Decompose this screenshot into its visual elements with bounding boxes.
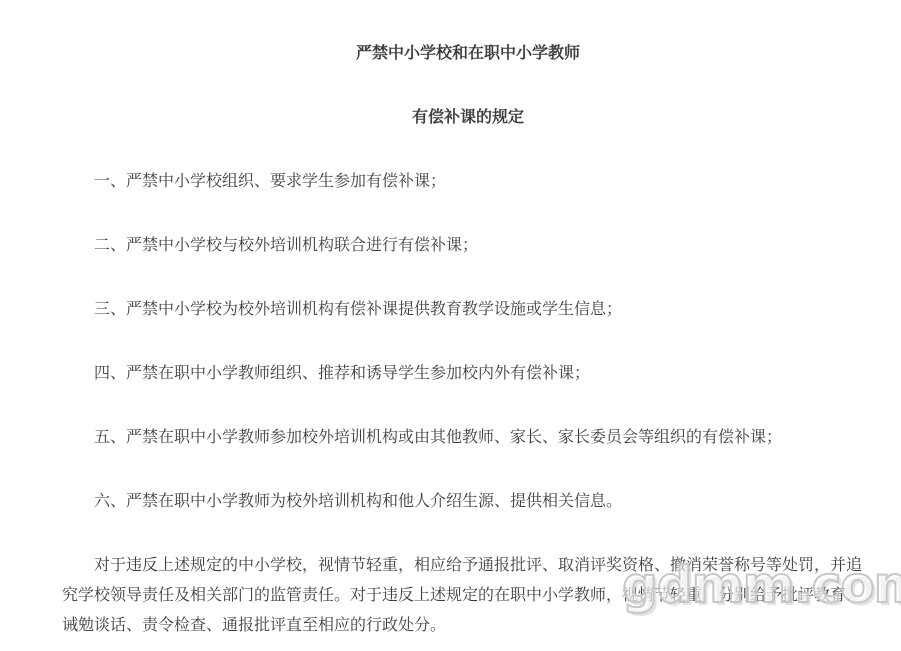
document-title-line2: 有偿补课的规定 <box>62 103 874 133</box>
regulation-item-2: 二、严禁中小学校与校外培训机构联合进行有偿补课； <box>62 231 874 261</box>
closing-paragraph: 对于违反上述规定的中小学校，视情节轻重，相应给予通报批评、取消评奖资格、撤消荣誉… <box>62 551 874 641</box>
document-title-line1: 严禁中小学校和在职中小学教师 <box>62 39 874 69</box>
regulation-item-6: 六、严禁在职中小学教师为校外培训机构和他人介绍生源、提供相关信息。 <box>62 487 874 517</box>
regulation-item-1: 一、严禁中小学校组织、要求学生参加有偿补课； <box>62 167 874 197</box>
regulation-item-4: 四、严禁在职中小学教师组织、推荐和诱导学生参加校内外有偿补课； <box>62 359 874 389</box>
regulation-item-5: 五、严禁在职中小学教师参加校外培训机构或由其他教师、家长、家长委员会等组织的有偿… <box>62 423 874 453</box>
regulation-item-3: 三、严禁中小学校为校外培训机构有偿补课提供教育教学设施或学生信息； <box>62 295 874 325</box>
document-page: 严禁中小学校和在职中小学教师 有偿补课的规定 一、严禁中小学校组织、要求学生参加… <box>0 0 901 651</box>
